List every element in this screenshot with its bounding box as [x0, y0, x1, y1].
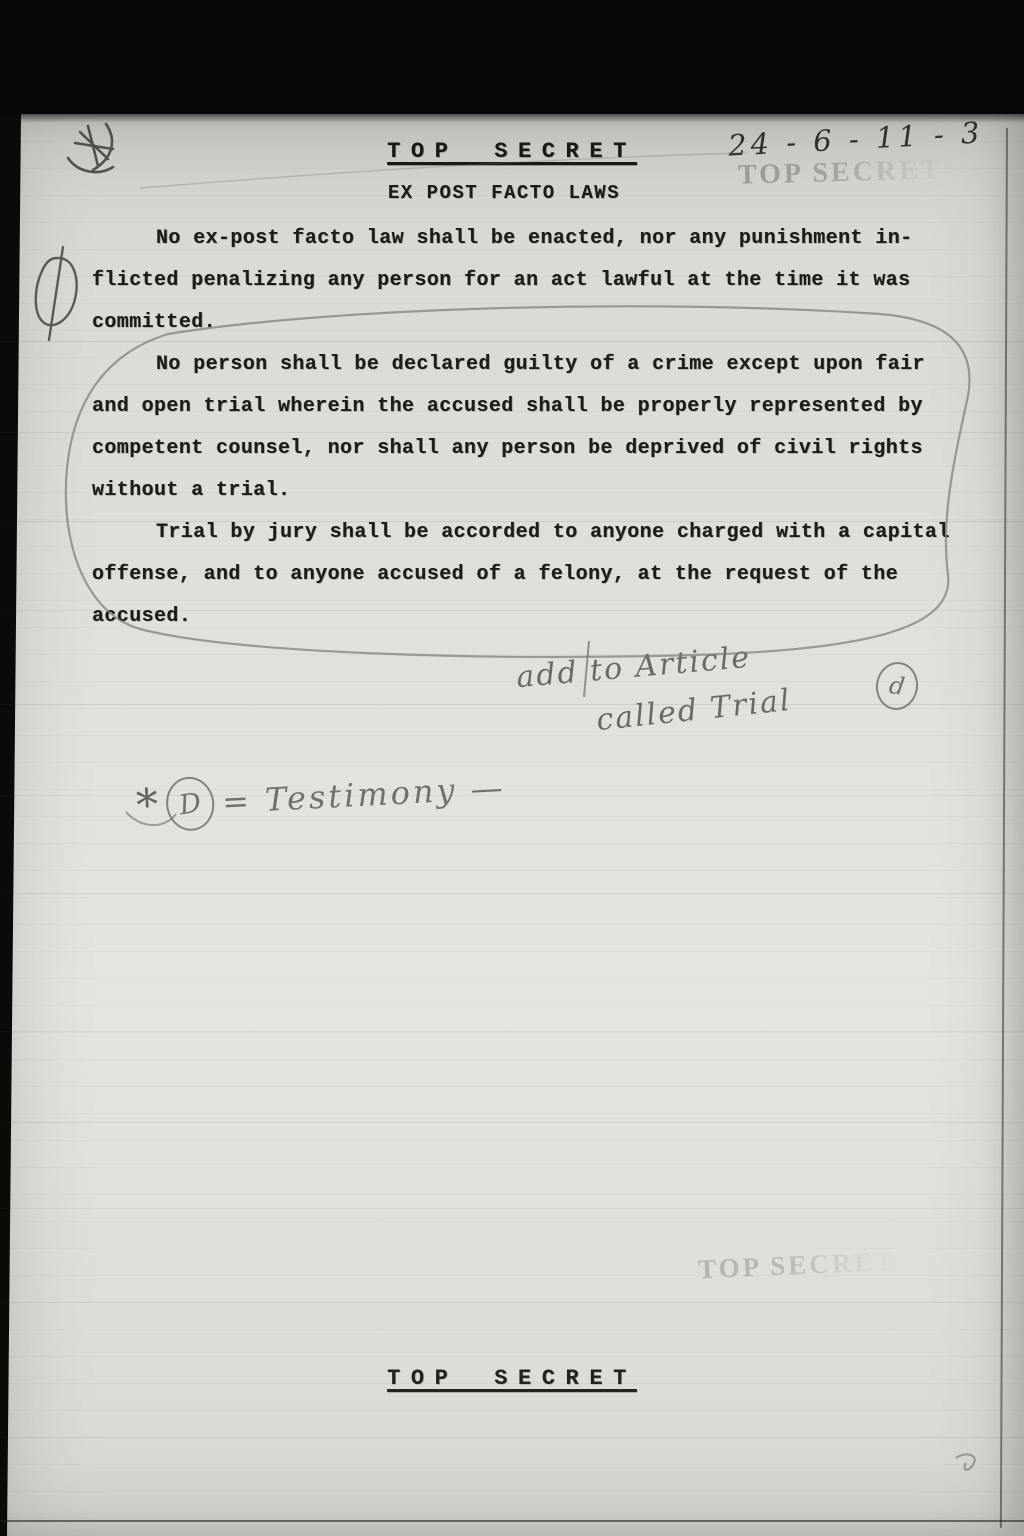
- body-line: committed.: [92, 302, 960, 344]
- asterisk-mark: *: [135, 784, 159, 829]
- body-line: accused.: [92, 596, 960, 638]
- testimony-text: = Testimony —: [221, 768, 506, 821]
- body-line: and open trial wherein the accused shall…: [92, 386, 960, 428]
- page-bottom-edge-line: [0, 1520, 1024, 1522]
- body-line: No ex-post facto law shall be enacted, n…: [92, 218, 960, 260]
- body-line: No person shall be declared guilty of a …: [92, 344, 960, 386]
- body-line: Trial by jury shall be accorded to anyon…: [92, 512, 960, 554]
- scanned-document-page: 24 - 6 - 11 - 3 TOP SECRET TOP SECRET EX…: [0, 0, 1024, 1536]
- body-line: offense, and to anyone accused of a felo…: [92, 554, 960, 596]
- body-line: without a trial.: [92, 470, 960, 512]
- circled-letter-annotation: D: [162, 773, 218, 834]
- page-subtitle: EX POST FACTO LAWS: [0, 182, 1016, 204]
- document-body: No ex-post facto law shall be enacted, n…: [92, 218, 960, 638]
- body-line: competent counsel, nor shall any person …: [92, 428, 960, 470]
- page-title: TOP SECRET: [0, 139, 1024, 164]
- footer-classification: TOP SECRET: [0, 1366, 1024, 1391]
- body-line: flicted penalizing any person for an act…: [92, 260, 960, 302]
